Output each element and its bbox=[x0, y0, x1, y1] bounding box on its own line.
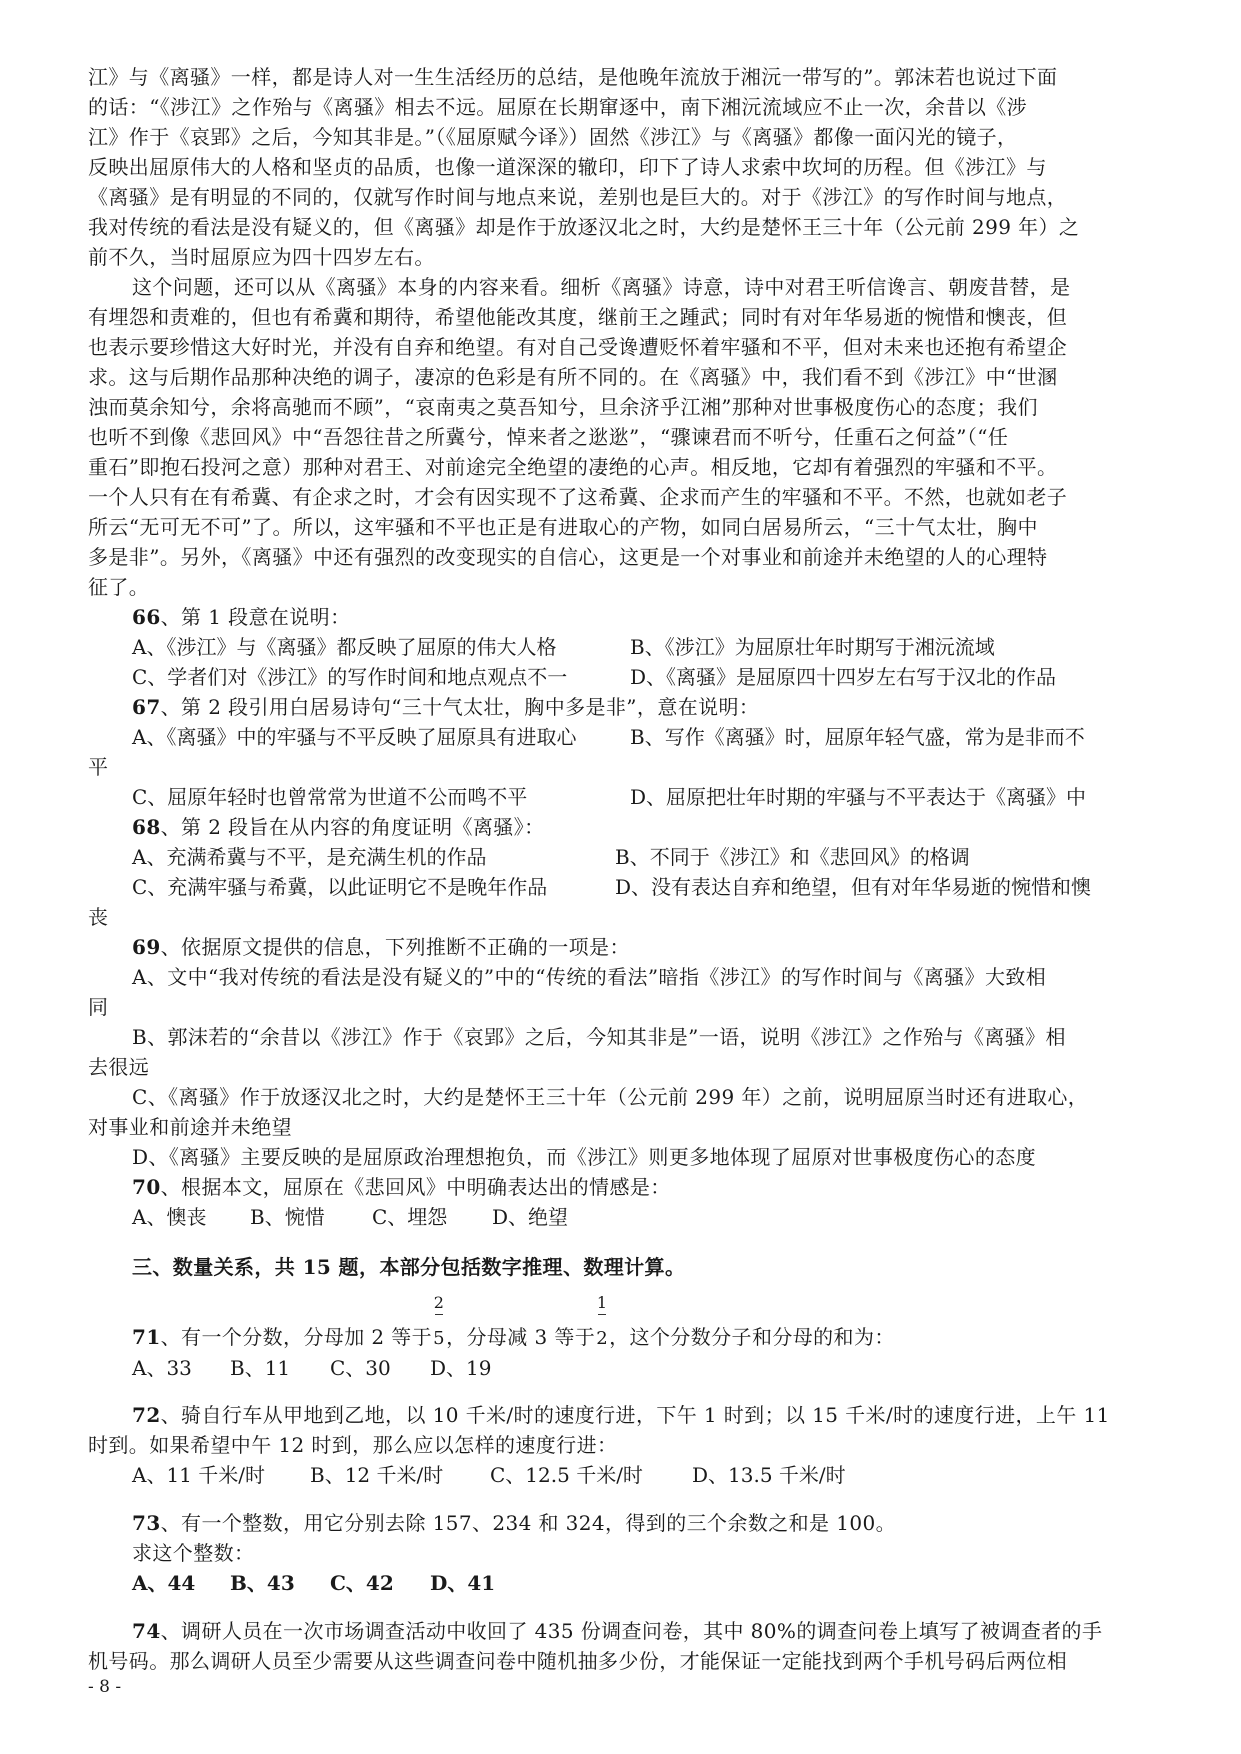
passage-line: 江》作于《哀郢》之后，今知其非是。”（《屈原赋今译》）固然《涉江》与《离骚》都像… bbox=[88, 122, 1154, 152]
passage-line: 也表示要珍惜这大好时光，并没有自弃和绝望。有对自己受谗遭贬怀着牢骚和不平，但对未… bbox=[88, 332, 1154, 362]
document-page: 江》与《离骚》一样，都是诗人对一生生活经历的总结，是他晚年流放于湘沅一带写的”。… bbox=[0, 0, 1241, 1754]
q73-option-c: C、42 bbox=[330, 1568, 394, 1598]
question-text: 、依据原文提供的信息，下列推断不正确的一项是： bbox=[161, 935, 630, 959]
q68-option-d-wrap: 丧 bbox=[88, 902, 108, 932]
question-text: 、有一个整数，用它分别去除 157、234 和 324，得到的三个余数之和是 1… bbox=[161, 1511, 896, 1535]
question-70-stem: 70、根据本文，屈原在《悲回风》中明确表达出的情感是： bbox=[132, 1172, 1198, 1202]
fraction-bar bbox=[435, 1314, 443, 1315]
q67-option-d: D、屈原把壮年时期的牢骚与不平表达于《离骚》中 bbox=[630, 782, 1086, 812]
question-text: 、调研人员在一次市场调查活动中收回了 435 份调查问卷，其中 80%的调查问卷… bbox=[161, 1619, 1103, 1643]
q73-option-d: D、41 bbox=[430, 1568, 495, 1598]
passage-line: 多是非”。另外，《离骚》中还有强烈的改变现实的自信心，这更是一个对事业和前途并未… bbox=[88, 542, 1154, 572]
question-number: 74 bbox=[132, 1619, 161, 1643]
passage-line: 江》与《离骚》一样，都是诗人对一生生活经历的总结，是他晚年流放于湘沅一带写的”。… bbox=[88, 62, 1154, 92]
question-number: 68 bbox=[132, 815, 161, 839]
question-74-stem-wrap: 机号码。那么调研人员至少需要从这些调查问卷中随机抽多少份，才能保证一定能找到两个… bbox=[88, 1646, 1154, 1676]
fraction-denominator: 2 bbox=[596, 1328, 608, 1349]
q68-option-d: D、没有表达自弃和绝望，但有对年华易逝的惋惜和懊 bbox=[615, 872, 1091, 902]
passage-line: 反映出屈原伟大的人格和坚贞的品质，也像一道深深的辙印，印下了诗人求索中坎坷的历程… bbox=[88, 152, 1154, 182]
section-heading: 三、数量关系，共 15 题，本部分包括数字推理、数理计算。 bbox=[132, 1252, 1198, 1282]
question-text: 、根据本文，屈原在《悲回风》中明确表达出的情感是： bbox=[161, 1175, 671, 1199]
passage-line: 重石”即抱石投河之意）那种对君王、对前途完全绝望的凄绝的心声。相反地，它却有着强… bbox=[88, 452, 1154, 482]
question-number: 71 bbox=[132, 1325, 161, 1349]
q70-option-a: A、懊丧 bbox=[132, 1202, 206, 1232]
fraction-bar bbox=[598, 1314, 606, 1315]
q67-option-b-wrap: 平 bbox=[88, 752, 108, 782]
passage-line: 一个人只有在有希冀、有企求之时，才会有因实现不了这希冀、企求而产生的牢骚和不平。… bbox=[88, 482, 1154, 512]
fraction-two-fifths: 25 bbox=[432, 1322, 446, 1354]
fraction-numerator: 1 bbox=[595, 1294, 609, 1312]
q69-option-c-wrap: 对事业和前途并未绝望 bbox=[88, 1112, 1154, 1142]
passage-line: 《离骚》是有明显的不同的，仅就写作时间与地点来说，差别也是巨大的。对于《涉江》的… bbox=[88, 182, 1154, 212]
q69-option-c: C、《离骚》作于放逐汉北之时，大约是楚怀王三十年（公元前 299 年）之前，说明… bbox=[132, 1082, 1198, 1112]
fraction-one-half: 12 bbox=[595, 1322, 609, 1354]
question-73-stem: 73、有一个整数，用它分别去除 157、234 和 324，得到的三个余数之和是… bbox=[132, 1508, 1198, 1538]
q66-option-a: A、《涉江》与《离骚》都反映了屈原的伟大人格 bbox=[132, 632, 556, 662]
q72-option-b: B、12 千米/时 bbox=[310, 1460, 443, 1490]
passage-line: 征了。 bbox=[88, 572, 1154, 602]
question-text: 、骑自行车从甲地到乙地，以 10 千米/时的速度行进，下午 1 时到；以 15 … bbox=[161, 1403, 1110, 1427]
passage-line: 所云“无可无不可”了。所以，这牢骚和不平也正是有进取心的产物，如同白居易所云，“… bbox=[88, 512, 1154, 542]
passage-line: 求。这与后期作品那种决绝的调子，凄凉的色彩是有所不同的。在《离骚》中，我们看不到… bbox=[88, 362, 1154, 392]
passage-line: 我对传统的看法是没有疑义的，但《离骚》却是作于放逐汉北之时，大约是楚怀王三十年（… bbox=[88, 212, 1154, 242]
question-72-stem: 72、骑自行车从甲地到乙地，以 10 千米/时的速度行进，下午 1 时到；以 1… bbox=[132, 1400, 1198, 1430]
q72-option-c: C、12.5 千米/时 bbox=[490, 1460, 643, 1490]
q71-option-c: C、30 bbox=[330, 1353, 391, 1383]
question-number: 66 bbox=[132, 605, 161, 629]
question-71-stem: 71、有一个分数，分母加 2 等于25，分母减 3 等于12，这个分数分子和分母… bbox=[132, 1322, 1198, 1354]
question-text: 、第 1 段意在说明： bbox=[161, 605, 351, 629]
q68-option-b: B、不同于《涉江》和《悲回风》的格调 bbox=[615, 842, 970, 872]
question-66-stem: 66、第 1 段意在说明： bbox=[132, 602, 1198, 632]
question-68-stem: 68、第 2 段旨在从内容的角度证明《离骚》： bbox=[132, 812, 1198, 842]
question-number: 70 bbox=[132, 1175, 161, 1199]
question-number: 72 bbox=[132, 1403, 161, 1427]
passage-line: 有埋怨和责难的，但也有希冀和期待，希望他能改其度，继前王之踵武；同时有对年华易逝… bbox=[88, 302, 1154, 332]
q67-option-a: A、《离骚》中的牢骚与不平反映了屈原具有进取心 bbox=[132, 722, 576, 752]
q68-option-a: A、充满希冀与不平，是充满生机的作品 bbox=[132, 842, 486, 872]
q71-option-d: D、19 bbox=[430, 1353, 491, 1383]
q69-option-a: A、文中“我对传统的看法是没有疑义的”中的“传统的看法”暗指《涉江》的写作时间与… bbox=[132, 962, 1198, 992]
q69-option-a-wrap: 同 bbox=[88, 992, 1154, 1022]
passage-line: 浊而莫余知兮，余将高驰而不顾”，“哀南夷之莫吾知兮，旦余济乎江湘”那种对世事极度… bbox=[88, 392, 1154, 422]
q70-option-c: C、埋怨 bbox=[372, 1202, 447, 1232]
question-number: 73 bbox=[132, 1511, 161, 1535]
q69-option-b-wrap: 去很远 bbox=[88, 1052, 1154, 1082]
q67-option-b: B、写作《离骚》时，屈原年轻气盛，常为是非而不 bbox=[630, 722, 1085, 752]
q66-option-b: B、《涉江》为屈原壮年时期写于湘沅流域 bbox=[630, 632, 995, 662]
fraction-denominator: 5 bbox=[433, 1328, 445, 1349]
q71-option-a: A、33 bbox=[132, 1353, 192, 1383]
passage-line: 的话：“《涉江》之作殆与《离骚》相去不远。屈原在长期窜逐中，南下湘沅流域应不止一… bbox=[88, 92, 1154, 122]
question-text: 、第 2 段旨在从内容的角度证明《离骚》： bbox=[161, 815, 545, 839]
question-72-stem-wrap: 时到。如果希望中午 12 时到，那么应以怎样的速度行进： bbox=[88, 1430, 1154, 1460]
q73-option-b: B、43 bbox=[230, 1568, 295, 1598]
question-74-stem: 74、调研人员在一次市场调查活动中收回了 435 份调查问卷，其中 80%的调查… bbox=[132, 1616, 1198, 1646]
q66-option-c: C、学者们对《涉江》的写作时间和地点观点不一 bbox=[132, 662, 567, 692]
q68-option-c: C、充满牢骚与希冀，以此证明它不是晚年作品 bbox=[132, 872, 547, 902]
q66-option-d: D、《离骚》是屈原四十四岁左右写于汉北的作品 bbox=[630, 662, 1056, 692]
question-text: ，分母减 3 等于 bbox=[446, 1325, 595, 1349]
passage-line: 这个问题，还可以从《离骚》本身的内容来看。细析《离骚》诗意，诗中对君王听信谗言、… bbox=[132, 272, 1198, 302]
question-number: 69 bbox=[132, 935, 161, 959]
question-text: ，这个分数分子和分母的和为： bbox=[609, 1325, 895, 1349]
question-text: 、有一个分数，分母加 2 等于 bbox=[161, 1325, 432, 1349]
q72-option-a: A、11 千米/时 bbox=[132, 1460, 265, 1490]
passage-line: 前不久，当时屈原应为四十四岁左右。 bbox=[88, 242, 1154, 272]
question-text: 、第 2 段引用白居易诗句“三十气太壮，胸中多是非”，意在说明： bbox=[161, 695, 760, 719]
page-number: - 8 - bbox=[88, 1677, 121, 1697]
q70-option-d: D、绝望 bbox=[492, 1202, 568, 1232]
fraction-numerator: 2 bbox=[432, 1294, 446, 1312]
passage-line: 也听不到像《悲回风》中“吾怨往昔之所冀兮，悼来者之逖逖”，“骤谏君而不听兮，任重… bbox=[88, 422, 1154, 452]
q70-option-b: B、惋惜 bbox=[250, 1202, 325, 1232]
question-73-stem-2: 求这个整数： bbox=[132, 1538, 1198, 1568]
q72-option-d: D、13.5 千米/时 bbox=[692, 1460, 846, 1490]
q69-option-b: B、郭沫若的“余昔以《涉江》作于《哀郢》之后，今知其非是”一语，说明《涉江》之作… bbox=[132, 1022, 1198, 1052]
q73-option-a: A、44 bbox=[132, 1568, 195, 1598]
question-67-stem: 67、第 2 段引用白居易诗句“三十气太壮，胸中多是非”，意在说明： bbox=[132, 692, 1198, 722]
q71-option-b: B、11 bbox=[230, 1353, 290, 1383]
question-69-stem: 69、依据原文提供的信息，下列推断不正确的一项是： bbox=[132, 932, 1198, 962]
q69-option-d: D、《离骚》主要反映的是屈原政治理想抱负，而《涉江》则更多地体现了屈原对世事极度… bbox=[132, 1142, 1198, 1172]
question-number: 67 bbox=[132, 695, 161, 719]
q67-option-c: C、屈原年轻时也曾常常为世道不公而鸣不平 bbox=[132, 782, 527, 812]
